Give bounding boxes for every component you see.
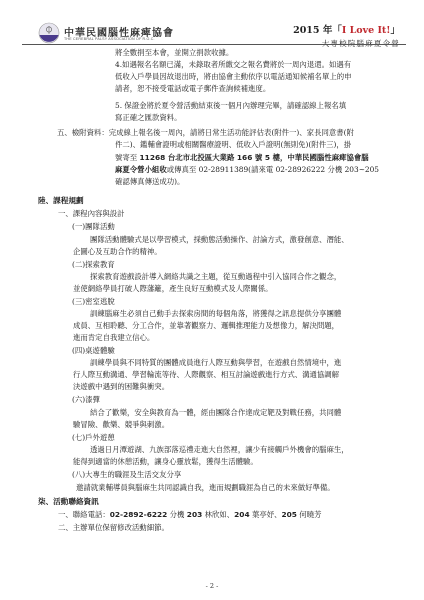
item-title: (八)大專生的職涯及生活交友分享 <box>72 469 181 481</box>
paragraph-line: 麻夏令營小組收或傳真至 02-28911389(請來電 02-28926222 … <box>115 164 379 176</box>
ext-label: 分機 <box>167 510 186 519</box>
section-heading-curriculum: 陸、課程規劃 <box>38 195 84 207</box>
paragraph-line: 5. 保證金將於夏令營活動結束後一個月內辦理完畢，請確認線上報名填 <box>115 100 346 112</box>
fax-info: 或傳真至 02-28911389(請來電 02-28926222 分機 203~… <box>167 165 379 174</box>
contact-note: 二、主辦單位保留修改活動細節。 <box>58 522 169 534</box>
item-title: (七)戶外遊憩 <box>72 432 115 444</box>
item-text: 企圖心及互助合作的精神。 <box>73 246 162 258</box>
contact-label: 一、聯絡電話： <box>58 510 110 519</box>
item-title: (二)探索教育 <box>72 259 115 271</box>
mailing-address: 11268 台北市北投區大業路 166 號 5 樓，中華民國腦性麻痺協會腦 <box>140 153 369 162</box>
item-text: 能得到適當的休憩活動，讓身心靈放鬆，獲得生活體驗。 <box>73 456 258 468</box>
ext-number: 205 <box>282 510 297 519</box>
title-prefix: 2015 年「 <box>293 25 342 36</box>
paragraph-line: 件二)、鑑輔會證明或相關醫療證明、低收入戶證明(無則免)(附件三)，掛 <box>115 139 351 151</box>
paragraph-line: 確認傳真傳送成功)。 <box>115 176 184 188</box>
association-logo-icon <box>38 22 60 44</box>
ext-number: 203 <box>187 510 202 519</box>
item-text: 結合了歡樂，安全與教育為一體，經由團隊合作達成定靶及對戰任務，共同體 <box>90 407 341 419</box>
item-title: (一)團隊活動 <box>72 221 115 233</box>
mailing-recipient: 麻夏令營小組收 <box>115 165 167 174</box>
header-divider <box>22 44 406 45</box>
contact-phone: 02-2892-6222 <box>110 510 168 519</box>
item-text: 探索教育遊戲設計導入網絡共識之主題，從互動過程中引入協同合作之觀念， <box>90 271 341 283</box>
ext-number: 204 <box>234 510 249 519</box>
item-text: 團隊活動體驗式是以學習模式，採動態活動操作、討論方式，激發創意、潛能、 <box>90 234 349 246</box>
paragraph-line: 號寄至 11268 台北市北投區大業路 166 號 5 樓，中華民國腦性麻痺協會… <box>115 152 369 164</box>
paragraph-line: 低收入戶學員因故退出時，將由協會主動依序以電話通知候補名單上的申 <box>115 71 352 83</box>
paragraph-text: 號寄至 <box>115 153 140 162</box>
item-title: (三)密室逃脫 <box>72 296 115 308</box>
item-text: 訓練學員與不同特質的團體成員進行人際互動與學習，在遊戲自然情境中，進 <box>90 357 341 369</box>
org-name-en: THE CEREBRAL PALSY ASSOCIATION OF R.O.C. <box>64 37 155 41</box>
item-title: (六)漆彈 <box>72 394 100 406</box>
item-text: 透過日月潭遊湖、九族部落巡禮走進大自然裡，讓少有接觸戶外機會的腦麻生， <box>90 444 349 456</box>
item-text: 邀請就業輔導員與腦麻生共同認識自我，進而規劃職涯為自己的未來做好準備。 <box>76 482 335 494</box>
contact-name: 何曉芳 <box>297 510 322 519</box>
paragraph-line: 寫正確之匯款資料。 <box>115 112 182 124</box>
item-text: 行人際互動溝通、學習輪流等待、人際觀察、相互討論遊戲進行方式、溝通協調解 <box>73 369 339 381</box>
section-heading-contact: 柒、活動聯絡資訊 <box>38 496 99 508</box>
title-suffix: 」 <box>390 25 400 36</box>
item-text: 驗冒險、歡樂、競爭與刺激。 <box>73 419 169 431</box>
attachments-paragraph: 五、檢附資料：完成線上報名後一周內，請將日常生活功能評估表(附件一)、家長同意書… <box>57 127 354 139</box>
paragraph-text: 完成線上報名後一周內，請將日常生活功能評估表(附件一)、家長同意書(附 <box>109 128 354 137</box>
item-text: 並使網絡學員打破人際藩籬，產生良好互動模式及人際關係。 <box>73 283 273 295</box>
item-text: 訓練腦麻生必須自己動手去探索房間的每個角落，將獲得之訊息提供分享團體 <box>90 308 341 320</box>
item-text: 進而肯定自我建立信心。 <box>73 332 154 344</box>
title-accent: I Love It! <box>342 25 391 36</box>
item-text: 決遊戲中遇到的困難與衝突。 <box>73 381 169 393</box>
sub-heading: 一、課程內容與設計 <box>58 208 125 220</box>
paragraph-line: 請者，恕不接受電話或電子郵件查詢候補進度。 <box>115 83 270 95</box>
paragraph-line: 將全數捐至本會，並開立捐款收據。 <box>115 47 233 59</box>
contact-name: 林欣如、 <box>202 510 234 519</box>
contact-name: 葉亭妤、 <box>250 510 282 519</box>
contact-phone-line: 一、聯絡電話：02-2892-6222 分機 203 林欣如、204 葉亭妤、2… <box>58 509 321 521</box>
page-header: 中華民國腦性麻痺協會 THE CEREBRAL PALSY ASSOCIATIO… <box>38 22 410 44</box>
event-title: 2015 年「I Love It!」 <box>293 22 400 36</box>
page-number: - 2 - <box>0 582 424 590</box>
item-title: (四)桌遊體驗 <box>72 345 115 357</box>
item-text: 成員、互相聆聽、分工合作，並靠著觀察力、邏輯推理能力及想像力，解決問題， <box>73 320 339 332</box>
paragraph-line: 4.如遇報名名額已滿，未錄取者所繳交之報名費將於一周內退還。如遇有 <box>115 59 351 71</box>
attachments-label: 五、檢附資料： <box>57 128 109 137</box>
document-page: 中華民國腦性麻痺協會 THE CEREBRAL PALSY ASSOCIATIO… <box>0 0 424 600</box>
